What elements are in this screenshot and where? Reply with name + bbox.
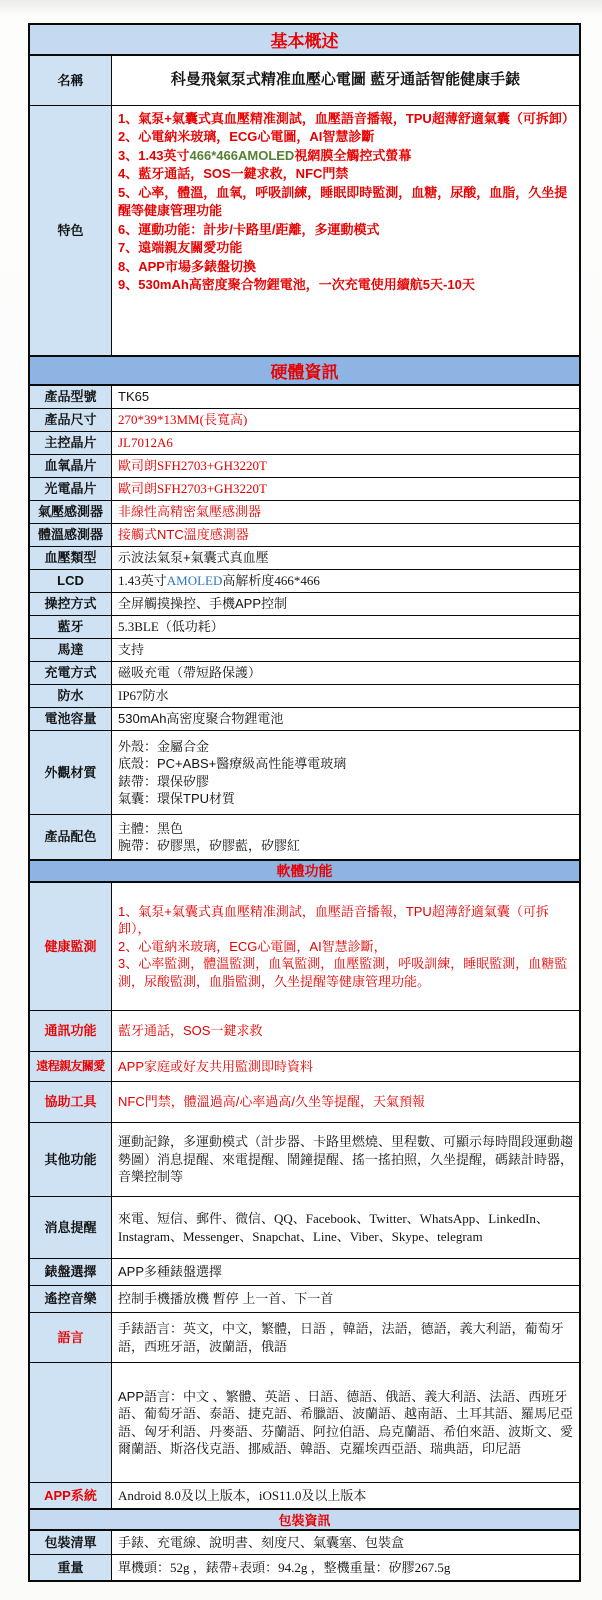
spec-value-package-list: 手錶、充電線、說明書、刻度尺、氣囊塞、包裝盒 (112, 1531, 579, 1554)
spec-label-materials: 外觀材質 (30, 731, 112, 814)
spec-label-bp-type: 血壓類型 (30, 547, 112, 569)
spec-row-temp-sensor: 體溫感測器接觸式NTC溫度感測器 (30, 523, 579, 546)
spec-value-optical-chip: 歐司朗SFH2703+GH3220T (112, 478, 579, 500)
spec-label-model: 產品型號 (30, 386, 112, 408)
spec-value-temp-sensor: 接觸式NTC溫度感測器 (112, 524, 579, 546)
spec-value-notifications: 來電、短信、郵件、微信、QQ、Facebook、Twitter、WhatsApp… (112, 1197, 579, 1258)
spec-value-assist-tools: NFC門禁，體溫過高/心率過高/久坐等提醒，天氣預報 (112, 1082, 579, 1122)
spec-label-pressure-sensor: 氣壓感測器 (30, 501, 112, 523)
spec-value-other-functions: 運動記錄，多運動模式（計步器、卡路里燃燒、里程數、可顯示每時間段運動趨勢圖）消息… (112, 1123, 579, 1196)
spec-row-charging: 充電方式磁吸充電（帶短路保護） (30, 661, 579, 684)
spec-value-music-control: 控制手機播放機 暫停 上一首、下一首 (112, 1286, 579, 1312)
spec-row-colorways: 產品配色主體：黑色腕帶：矽膠黑，矽膠藍，矽膠紅 (30, 814, 579, 859)
spec-label-battery: 電池容量 (30, 708, 112, 730)
spec-label-package-list: 包裝清單 (30, 1531, 112, 1554)
spec-label-communication: 通訊功能 (30, 1011, 112, 1051)
spec-value-communication: 藍牙通話，SOS一鍵求救 (112, 1011, 579, 1051)
section-header-packaging: 包裝資訊 (30, 1508, 579, 1530)
spec-label-motor: 馬達 (30, 639, 112, 661)
spec-row-materials: 外觀材質外殼：金屬合金底殼：PC+ABS+醫療級高性能導電玻璃錶帶：環保矽膠氣囊… (30, 730, 579, 814)
spec-row-watch-faces: 錶盤選擇APP多種錶盤選擇 (30, 1258, 579, 1285)
spec-label-app-system: APP系統 (30, 1483, 112, 1508)
spec-value-language: 手錶語言：英文，中文，繁體，日語 ，韓語，法語，德語，義大利語，葡萄牙語，西班牙… (112, 1313, 579, 1362)
spec-row-optical-chip: 光電晶片歐司朗SFH2703+GH3220T (30, 477, 579, 500)
spec-label-music-control: 遙控音樂 (30, 1286, 112, 1312)
spec-label-name: 名稱 (30, 56, 112, 105)
spec-label-optical-chip: 光電晶片 (30, 478, 112, 500)
spec-label-features: 特色 (30, 106, 112, 355)
spec-row-notifications: 消息提醒來電、短信、郵件、微信、QQ、Facebook、Twitter、What… (30, 1196, 579, 1258)
spec-value-watch-faces: APP多種錶盤選擇 (112, 1259, 579, 1285)
spec-row-waterproof: 防水IP67防水 (30, 684, 579, 707)
spec-value-features: 1、氣泵+氣囊式真血壓精准測試，血壓語音播報，TPU超薄舒適氣囊（可拆卸）2、心… (112, 106, 579, 355)
spec-value-charging: 磁吸充電（帶短路保護） (112, 662, 579, 684)
spec-value-motor: 支持 (112, 639, 579, 661)
spec-row-control: 操控方式全屏觸摸操控、手機APP控制 (30, 592, 579, 615)
spec-value-weight: 單機頭：52g ，錶帶+表頭：94.2g ，整機重量：矽膠267.5g (112, 1555, 579, 1580)
spec-value-name: 科曼飛氣泵式精准血壓心電圖 藍牙通話智能健康手錶 (112, 56, 579, 105)
spec-value-spo2-chip: 歐司朗SFH2703+GH3220T (112, 455, 579, 477)
spec-row-other-functions: 其他功能運動記錄，多運動模式（計步器、卡路里燃燒、里程數、可顯示每時間段運動趨勢… (30, 1122, 579, 1196)
spec-value-bp-type: 示波法氣泵+氣囊式真血壓 (112, 547, 579, 569)
spec-row-remote-care: 遠程親友關愛APP家庭或好友共用監測即時資料 (30, 1051, 579, 1081)
spec-value-control: 全屏觸摸操控、手機APP控制 (112, 593, 579, 615)
spec-row-main-chip: 主控晶片JL7012A6 (30, 431, 579, 454)
spec-row-motor: 馬達支持 (30, 638, 579, 661)
spec-value-pressure-sensor: 非線性高精密氣壓感測器 (112, 501, 579, 523)
spec-label-notifications: 消息提醒 (30, 1197, 112, 1258)
spec-row-app-language: APP語言：中文 、繁體、英語 、日語、德語、俄語、義大利語、法語、西班牙語、葡… (30, 1362, 579, 1482)
spec-table: 基本概述名稱科曼飛氣泵式精准血壓心電圖 藍牙通話智能健康手錶特色1、氣泵+氣囊式… (28, 23, 581, 1582)
spec-row-dimensions: 產品尺寸270*39*13MM(長寬高) (30, 408, 579, 431)
spec-label-remote-care: 遠程親友關愛 (30, 1052, 112, 1081)
spec-row-pressure-sensor: 氣壓感測器非線性高精密氣壓感測器 (30, 500, 579, 523)
spec-row-assist-tools: 協助工具NFC門禁，體溫過高/心率過高/久坐等提醒，天氣預報 (30, 1081, 579, 1122)
spec-label-spo2-chip: 血氧晶片 (30, 455, 112, 477)
spec-row-communication: 通訊功能藍牙通話，SOS一鍵求救 (30, 1010, 579, 1051)
spec-value-lcd: 1.43英寸AMOLED高解析度466*466 (112, 570, 579, 592)
spec-row-app-system: APP系統Android 8.0及以上版本，iOS11.0及以上版本 (30, 1482, 579, 1508)
spec-label-control: 操控方式 (30, 593, 112, 615)
spec-value-health-monitoring: 1、氣泵+氣囊式真血壓精准測試，血壓語音播報，TPU超薄舒適氣囊（可拆卸），2、… (112, 883, 579, 1010)
spec-value-battery: 530mAh高密度聚合物鋰電池 (112, 708, 579, 730)
spec-label-weight: 重量 (30, 1555, 112, 1580)
spec-value-remote-care: APP家庭或好友共用監測即時資料 (112, 1052, 579, 1081)
spec-row-battery: 電池容量530mAh高密度聚合物鋰電池 (30, 707, 579, 730)
spec-row-weight: 重量單機頭：52g ，錶帶+表頭：94.2g ，整機重量：矽膠267.5g (30, 1554, 579, 1580)
spec-row-model: 產品型號TK65 (30, 385, 579, 408)
spec-label-charging: 充電方式 (30, 662, 112, 684)
spec-row-language: 語言手錶語言：英文，中文，繁體，日語 ，韓語，法語，德語，義大利語，葡萄牙語，西… (30, 1312, 579, 1362)
spec-value-materials: 外殼：金屬合金底殼：PC+ABS+醫療級高性能導電玻璃錶帶：環保矽膠氣囊：環保T… (112, 731, 579, 814)
section-header-hardware: 硬體資訊 (30, 355, 579, 385)
section-header-overview: 基本概述 (30, 25, 579, 55)
spec-value-waterproof: IP67防水 (112, 685, 579, 707)
spec-value-model: TK65 (112, 386, 579, 408)
spec-row-bluetooth: 藍牙5.3BLE（低功耗） (30, 615, 579, 638)
spec-label-main-chip: 主控晶片 (30, 432, 112, 454)
spec-label-dimensions: 產品尺寸 (30, 409, 112, 431)
spec-row-bp-type: 血壓類型示波法氣泵+氣囊式真血壓 (30, 546, 579, 569)
spec-row-music-control: 遙控音樂控制手機播放機 暫停 上一首、下一首 (30, 1285, 579, 1312)
spec-label-bluetooth: 藍牙 (30, 616, 112, 638)
spec-label-health-monitoring: 健康監測 (30, 883, 112, 1010)
spec-row-lcd: LCD1.43英寸AMOLED高解析度466*466 (30, 569, 579, 592)
spec-value-app-language: APP語言：中文 、繁體、英語 、日語、德語、俄語、義大利語、法語、西班牙語、葡… (112, 1363, 579, 1482)
spec-value-bluetooth: 5.3BLE（低功耗） (112, 616, 579, 638)
spec-row-package-list: 包裝清單手錶、充電線、說明書、刻度尺、氣囊塞、包裝盒 (30, 1530, 579, 1554)
spec-label-colorways: 產品配色 (30, 815, 112, 859)
section-header-software: 軟體功能 (30, 859, 579, 882)
spec-row-features: 特色1、氣泵+氣囊式真血壓精准測試，血壓語音播報，TPU超薄舒適氣囊（可拆卸）2… (30, 105, 579, 355)
spec-value-app-system: Android 8.0及以上版本，iOS11.0及以上版本 (112, 1483, 579, 1508)
spec-row-spo2-chip: 血氧晶片歐司朗SFH2703+GH3220T (30, 454, 579, 477)
spec-value-main-chip: JL7012A6 (112, 432, 579, 454)
spec-label-other-functions: 其他功能 (30, 1123, 112, 1196)
spec-label-temp-sensor: 體溫感測器 (30, 524, 112, 546)
spec-value-colorways: 主體：黑色腕帶：矽膠黑，矽膠藍，矽膠紅 (112, 815, 579, 859)
spec-label-watch-faces: 錶盤選擇 (30, 1259, 112, 1285)
spec-row-name: 名稱科曼飛氣泵式精准血壓心電圖 藍牙通話智能健康手錶 (30, 55, 579, 105)
spec-label-lcd: LCD (30, 570, 112, 592)
spec-row-health-monitoring: 健康監測1、氣泵+氣囊式真血壓精准測試，血壓語音播報，TPU超薄舒適氣囊（可拆卸… (30, 882, 579, 1010)
spec-label-assist-tools: 協助工具 (30, 1082, 112, 1122)
spec-label-language: 語言 (30, 1313, 112, 1362)
spec-label-app-language (30, 1363, 112, 1482)
spec-label-waterproof: 防水 (30, 685, 112, 707)
spec-value-dimensions: 270*39*13MM(長寬高) (112, 409, 579, 431)
